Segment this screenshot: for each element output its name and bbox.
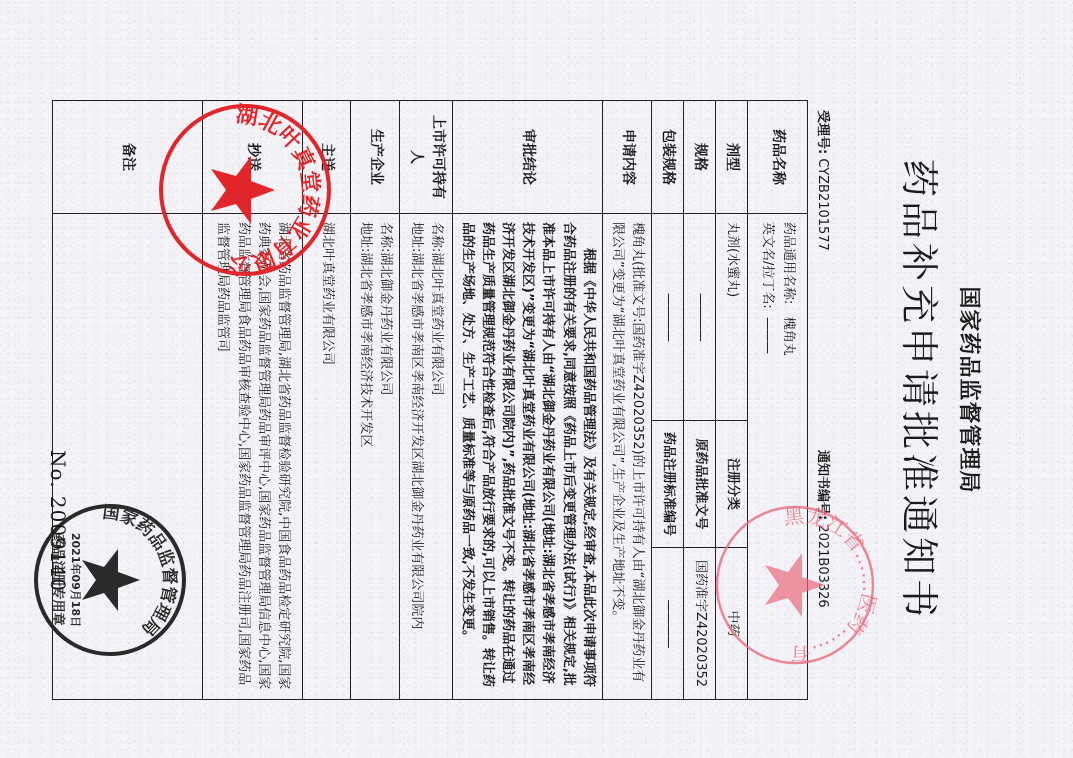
spec-value: ————: [684, 214, 716, 421]
spec-label: 规格: [684, 101, 716, 214]
acceptance-label: 受理号:: [815, 110, 830, 154]
conclusion-label: 审批结论: [452, 101, 602, 214]
dosage-form-label: 剂型: [716, 101, 748, 214]
standard-no-value: ————: [652, 548, 684, 700]
red-company-seal: 湖北叶真堂药业有限公司: [155, 100, 335, 280]
manufacturer-cell: 名称:湖北御金丹药业有限公司 地址:湖北省孝感市孝南经济技术开发区: [351, 214, 400, 700]
pink-company-seal: 黑龙江省……医药……有限公司: [710, 500, 880, 670]
package-value: ————: [652, 214, 684, 421]
official-seal-date: 2021年09月18日: [69, 533, 83, 627]
english-name-label: 英文名/拉丁名:: [761, 222, 776, 309]
manufacturer-label: 生产企业: [351, 101, 400, 214]
application-value: 槐角丸(批准文号:国药准字Z42020352)的上市许可持有人由“湖北御金丹药业…: [602, 214, 651, 700]
manufacturer-address: 地址:湖北省孝感市孝南经济技术开发区: [355, 222, 375, 691]
table-row: 生产企业 名称:湖北御金丹药业有限公司 地址:湖北省孝感市孝南经济技术开发区: [351, 101, 400, 700]
package-label: 包装规格: [652, 101, 684, 214]
mah-label: 上市许可持有人: [400, 101, 452, 214]
acceptance-number: 受理号: CYZB2101577: [815, 110, 834, 251]
english-name-value: ———: [761, 317, 776, 353]
document-title: 药品补充申请批准通知书: [895, 30, 950, 750]
approval-notice-document: 国家药品监督管理局 药品补充申请批准通知书 受理号: CYZB2101577 通…: [30, 30, 1030, 750]
cc-value: 湖北省药品监督管理局,湖北省药品监督检验研究院,中国食品药品检定研究院,国家药典…: [203, 214, 303, 700]
table-row: 上市许可持有人 名称:湖北叶真堂药业有限公司 地址:湖北省孝感市孝南区孝南经济开…: [400, 101, 452, 700]
conclusion-value: 根据《中华人民共和国药品管理法》及有关规定,经审查,本品此次申请事项符合药品注册…: [452, 214, 602, 700]
mah-name: 名称:湖北叶真堂药业有限公司: [426, 222, 446, 691]
drug-name-label: 药品名称: [748, 101, 808, 214]
dosage-form-value: 丸剂(水蜜丸): [716, 214, 748, 421]
generic-name-value: 槐角丸: [781, 317, 796, 356]
mah-cell: 名称:湖北叶真堂药业有限公司 地址:湖北省孝感市孝南区孝南经济开发区湖北御金丹药…: [400, 214, 452, 700]
table-row: 审批结论 根据《中华人民共和国药品管理法》及有关规定,经审查,本品此次申请事项符…: [452, 101, 602, 700]
manufacturer-name: 名称:湖北御金丹药业有限公司: [375, 222, 395, 691]
standard-no-label: 药品注册标准编号: [652, 421, 684, 548]
serial-number: No. 2009140: [46, 450, 70, 592]
generic-name-label: 药品通用名称:: [781, 222, 796, 304]
acceptance-value: CYZB2101577: [815, 158, 830, 251]
issuing-agency: 国家药品监督管理局: [955, 30, 986, 750]
recipient-value: 湖北叶真堂药业有限公司: [303, 214, 351, 700]
mah-address: 地址:湖北省孝感市孝南区孝南经济开发区湖北御金丹药业有限公司院内: [406, 222, 426, 691]
table-row: 申请内容 槐角丸(批准文号:国药准字Z42020352)的上市许可持有人由“湖北…: [602, 101, 651, 700]
table-row: 包装规格 ———— 药品注册标准编号 ————: [652, 101, 684, 700]
application-label: 申请内容: [602, 101, 651, 214]
